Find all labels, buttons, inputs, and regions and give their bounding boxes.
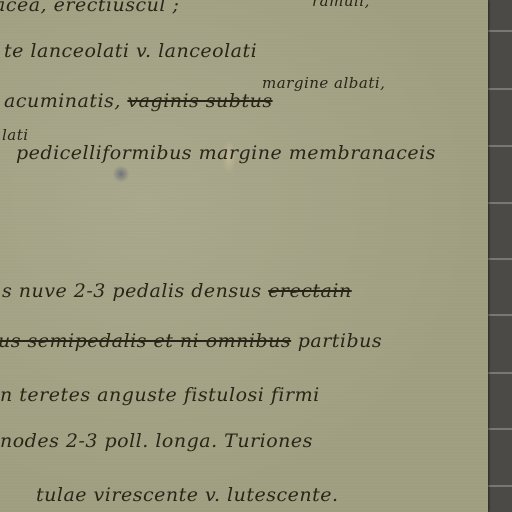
struck-text: us semipedalis et ni omnibus <box>0 330 291 352</box>
background-line <box>486 485 512 487</box>
manuscript-line-1: acea, erectiuscul ; <box>0 0 179 16</box>
line-text: s nuve 2-3 pedalis densus <box>2 280 262 302</box>
background-line <box>486 428 512 430</box>
annotation-above-line-1: ramuli, <box>312 0 370 10</box>
manuscript-line-2: te lanceolati v. lanceolati <box>4 40 257 62</box>
manuscript-line-3: acuminatis, vaginis subtus <box>4 90 273 112</box>
background-line <box>486 314 512 316</box>
line-text: acea, erectiuscul ; <box>0 0 179 16</box>
annotation-text: margine albati, <box>262 74 385 92</box>
line-text: acuminatis, <box>4 90 127 112</box>
background-line <box>486 202 512 204</box>
background-line <box>486 145 512 147</box>
manuscript-line-7: n teretes anguste fistulosi firmi <box>0 384 320 406</box>
background-line <box>486 30 512 32</box>
line-text: nodes 2-3 poll. longa. Turiones <box>0 430 313 452</box>
line-text: partibus <box>298 330 382 352</box>
struck-text: vaginis subtus <box>127 90 272 112</box>
struck-text: erectain <box>268 280 352 302</box>
annotation-above-line-3: margine albati, <box>262 74 385 92</box>
background-line <box>486 88 512 90</box>
ink-blot <box>112 166 130 182</box>
line-text: te lanceolati v. lanceolati <box>4 40 257 62</box>
line-text: tulae virescente v. lutescente. <box>36 484 339 506</box>
line-text: pedicelliformibus margine membranaceis <box>16 142 436 164</box>
background-line <box>486 372 512 374</box>
manuscript-line-4: pedicelliformibus margine membranaceis <box>16 142 436 164</box>
annotation-text: ramuli, <box>312 0 370 10</box>
manuscript-line-6: us semipedalis et ni omnibus partibus <box>0 330 382 352</box>
line-text: n teretes anguste fistulosi firmi <box>0 384 320 406</box>
manuscript-page: acea, erectiuscul ; ramuli, te lanceolat… <box>0 0 488 512</box>
manuscript-line-9: tulae virescente v. lutescente. <box>36 484 339 506</box>
background-line <box>486 258 512 260</box>
manuscript-line-5: s nuve 2-3 pedalis densus erectain <box>2 280 352 302</box>
manuscript-line-8: nodes 2-3 poll. longa. Turiones <box>0 430 313 452</box>
